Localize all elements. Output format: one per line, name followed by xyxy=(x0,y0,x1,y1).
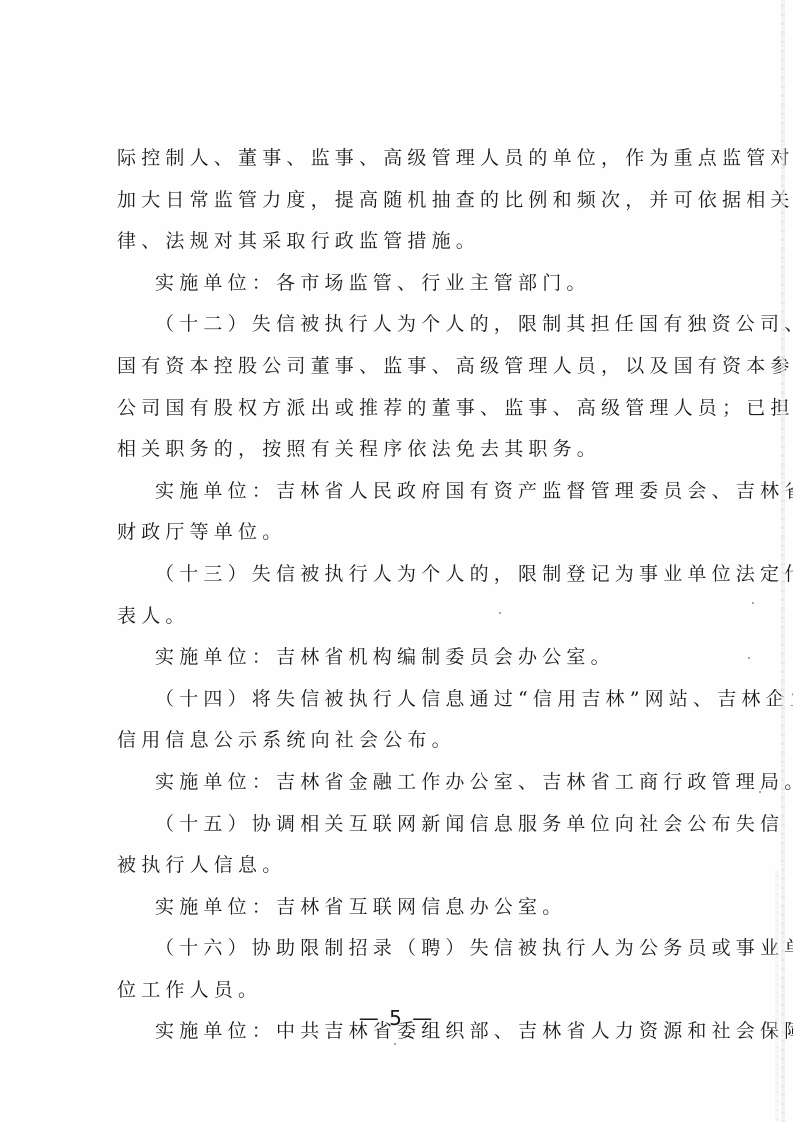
clause-13-heading-line: （十三）失信被执行人为个人的，限制登记为事业单位法定代 xyxy=(117,554,697,596)
text-line: 被执行人信息。 xyxy=(117,845,697,887)
text-line: 国有资本控股公司董事、监事、高级管理人员，以及国有资本参股 xyxy=(117,346,697,388)
document-page: 际控制人、董事、监事、高级管理人员的单位，作为重点监管对象， 加大日常监管力度，… xyxy=(0,0,793,1122)
scan-speck xyxy=(499,612,501,614)
page-number: — 5 — xyxy=(0,1006,793,1030)
scan-speck xyxy=(759,791,761,793)
text-line: 相关职务的，按照有关程序依法免去其职务。 xyxy=(117,429,697,471)
clause-14-heading-line: （十四）将失信被执行人信息通过“信用吉林”网站、吉林企业 xyxy=(117,679,697,721)
text-line: 加大日常监管力度，提高随机抽查的比例和频次，并可依据相关法 xyxy=(117,180,697,222)
scan-speck xyxy=(394,1043,396,1045)
implementing-unit-line: 实施单位：吉林省人民政府国有资产监督管理委员会、吉林省 xyxy=(117,471,697,513)
text-line: 律、法规对其采取行政监管措施。 xyxy=(117,221,697,263)
implementing-unit-line: 实施单位：吉林省互联网信息办公室。 xyxy=(117,887,697,929)
scan-speck xyxy=(752,602,754,604)
implementing-unit-line: 实施单位：各市场监管、行业主管部门。 xyxy=(117,263,697,305)
implementing-unit-line: 实施单位：吉林省金融工作办公室、吉林省工商行政管理局。 xyxy=(117,762,697,804)
text-line: 表人。 xyxy=(117,596,697,638)
clause-12-heading-line: （十二）失信被执行人为个人的，限制其担任国有独资公司、 xyxy=(117,304,697,346)
text-line: 公司国有股权方派出或推荐的董事、监事、高级管理人员；已担任 xyxy=(117,388,697,430)
text-line: 信用信息公示系统向社会公布。 xyxy=(117,720,697,762)
implementing-unit-line: 实施单位：吉林省机构编制委员会办公室。 xyxy=(117,637,697,679)
text-line: 际控制人、董事、监事、高级管理人员的单位，作为重点监管对象， xyxy=(117,138,697,180)
clause-15-heading-line: （十五）协调相关互联网新闻信息服务单位向社会公布失信 xyxy=(117,804,697,846)
scan-speck xyxy=(748,657,750,659)
body-text: 际控制人、董事、监事、高级管理人员的单位，作为重点监管对象， 加大日常监管力度，… xyxy=(117,138,697,1053)
scan-edge-artifact xyxy=(781,0,785,1122)
scan-edge-artifact xyxy=(775,870,779,1122)
text-line: 财政厅等单位。 xyxy=(117,512,697,554)
clause-16-heading-line: （十六）协助限制招录（聘）失信被执行人为公务员或事业单 xyxy=(117,928,697,970)
